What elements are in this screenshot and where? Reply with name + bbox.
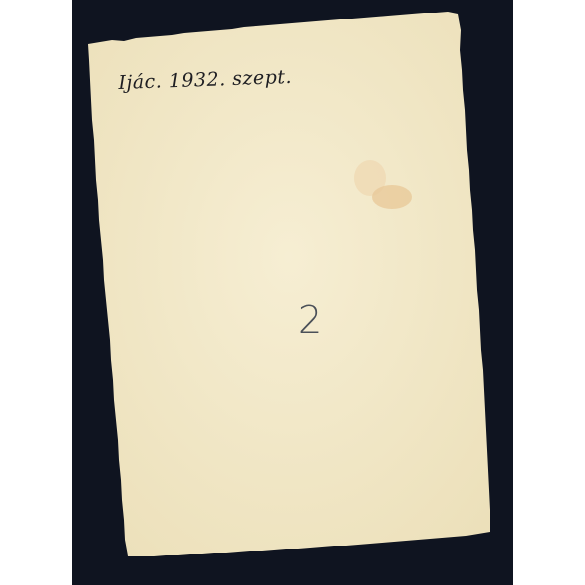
pencil-number: 2 [298, 298, 322, 342]
